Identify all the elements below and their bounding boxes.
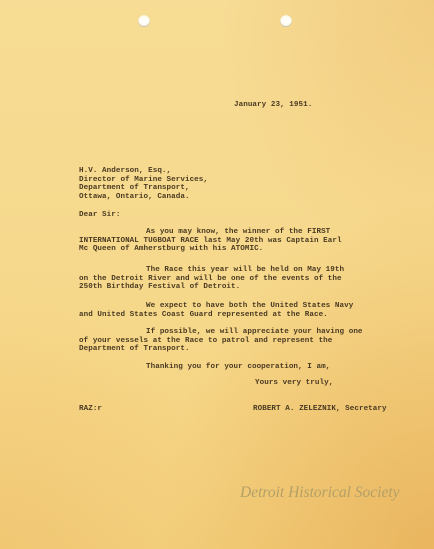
- punch-hole-left: [138, 15, 150, 27]
- recipient-title: Director of Marine Services,: [79, 176, 208, 185]
- paragraph-1-body: INTERNATIONAL TUGBOAT RACE last May 20th…: [79, 237, 342, 254]
- recipient-department: Department of Transport,: [79, 184, 190, 193]
- paragraph-2-body: on the Detroit River and will be one of …: [79, 275, 342, 292]
- salutation: Dear Sir:: [79, 211, 120, 220]
- recipient-name: H.V. Anderson, Esq.,: [79, 167, 171, 176]
- paragraph-2-first-line: The Race this year will be held on May 1…: [146, 266, 344, 275]
- paragraph-4-first-line: If possible, we will appreciate your hav…: [146, 328, 363, 337]
- watermark-detroit-historical-society: Detroit Historical Society: [240, 484, 400, 502]
- letter-date: January 23, 1951.: [234, 101, 312, 110]
- paragraph-3-body: and United States Coast Guard represente…: [79, 311, 328, 320]
- paragraph-4-body: of your vessels at the Race to patrol an…: [79, 337, 332, 354]
- recipient-address: Ottawa, Ontario, Canada.: [79, 193, 190, 202]
- closing-line: Thanking you for your cooperation, I am,: [146, 363, 330, 372]
- paragraph-1-first-line: As you may know, the winner of the FIRST: [146, 228, 330, 237]
- signature-block: ROBERT A. ZELEZNIK, Secretary: [253, 405, 387, 414]
- typist-initials: RAZ:r: [79, 405, 102, 414]
- paragraph-3-first-line: We expect to have both the United States…: [146, 302, 353, 311]
- letter-page: January 23, 1951. H.V. Anderson, Esq., D…: [0, 0, 434, 549]
- punch-hole-right: [280, 15, 292, 27]
- complimentary-close: Yours very truly,: [255, 379, 333, 388]
